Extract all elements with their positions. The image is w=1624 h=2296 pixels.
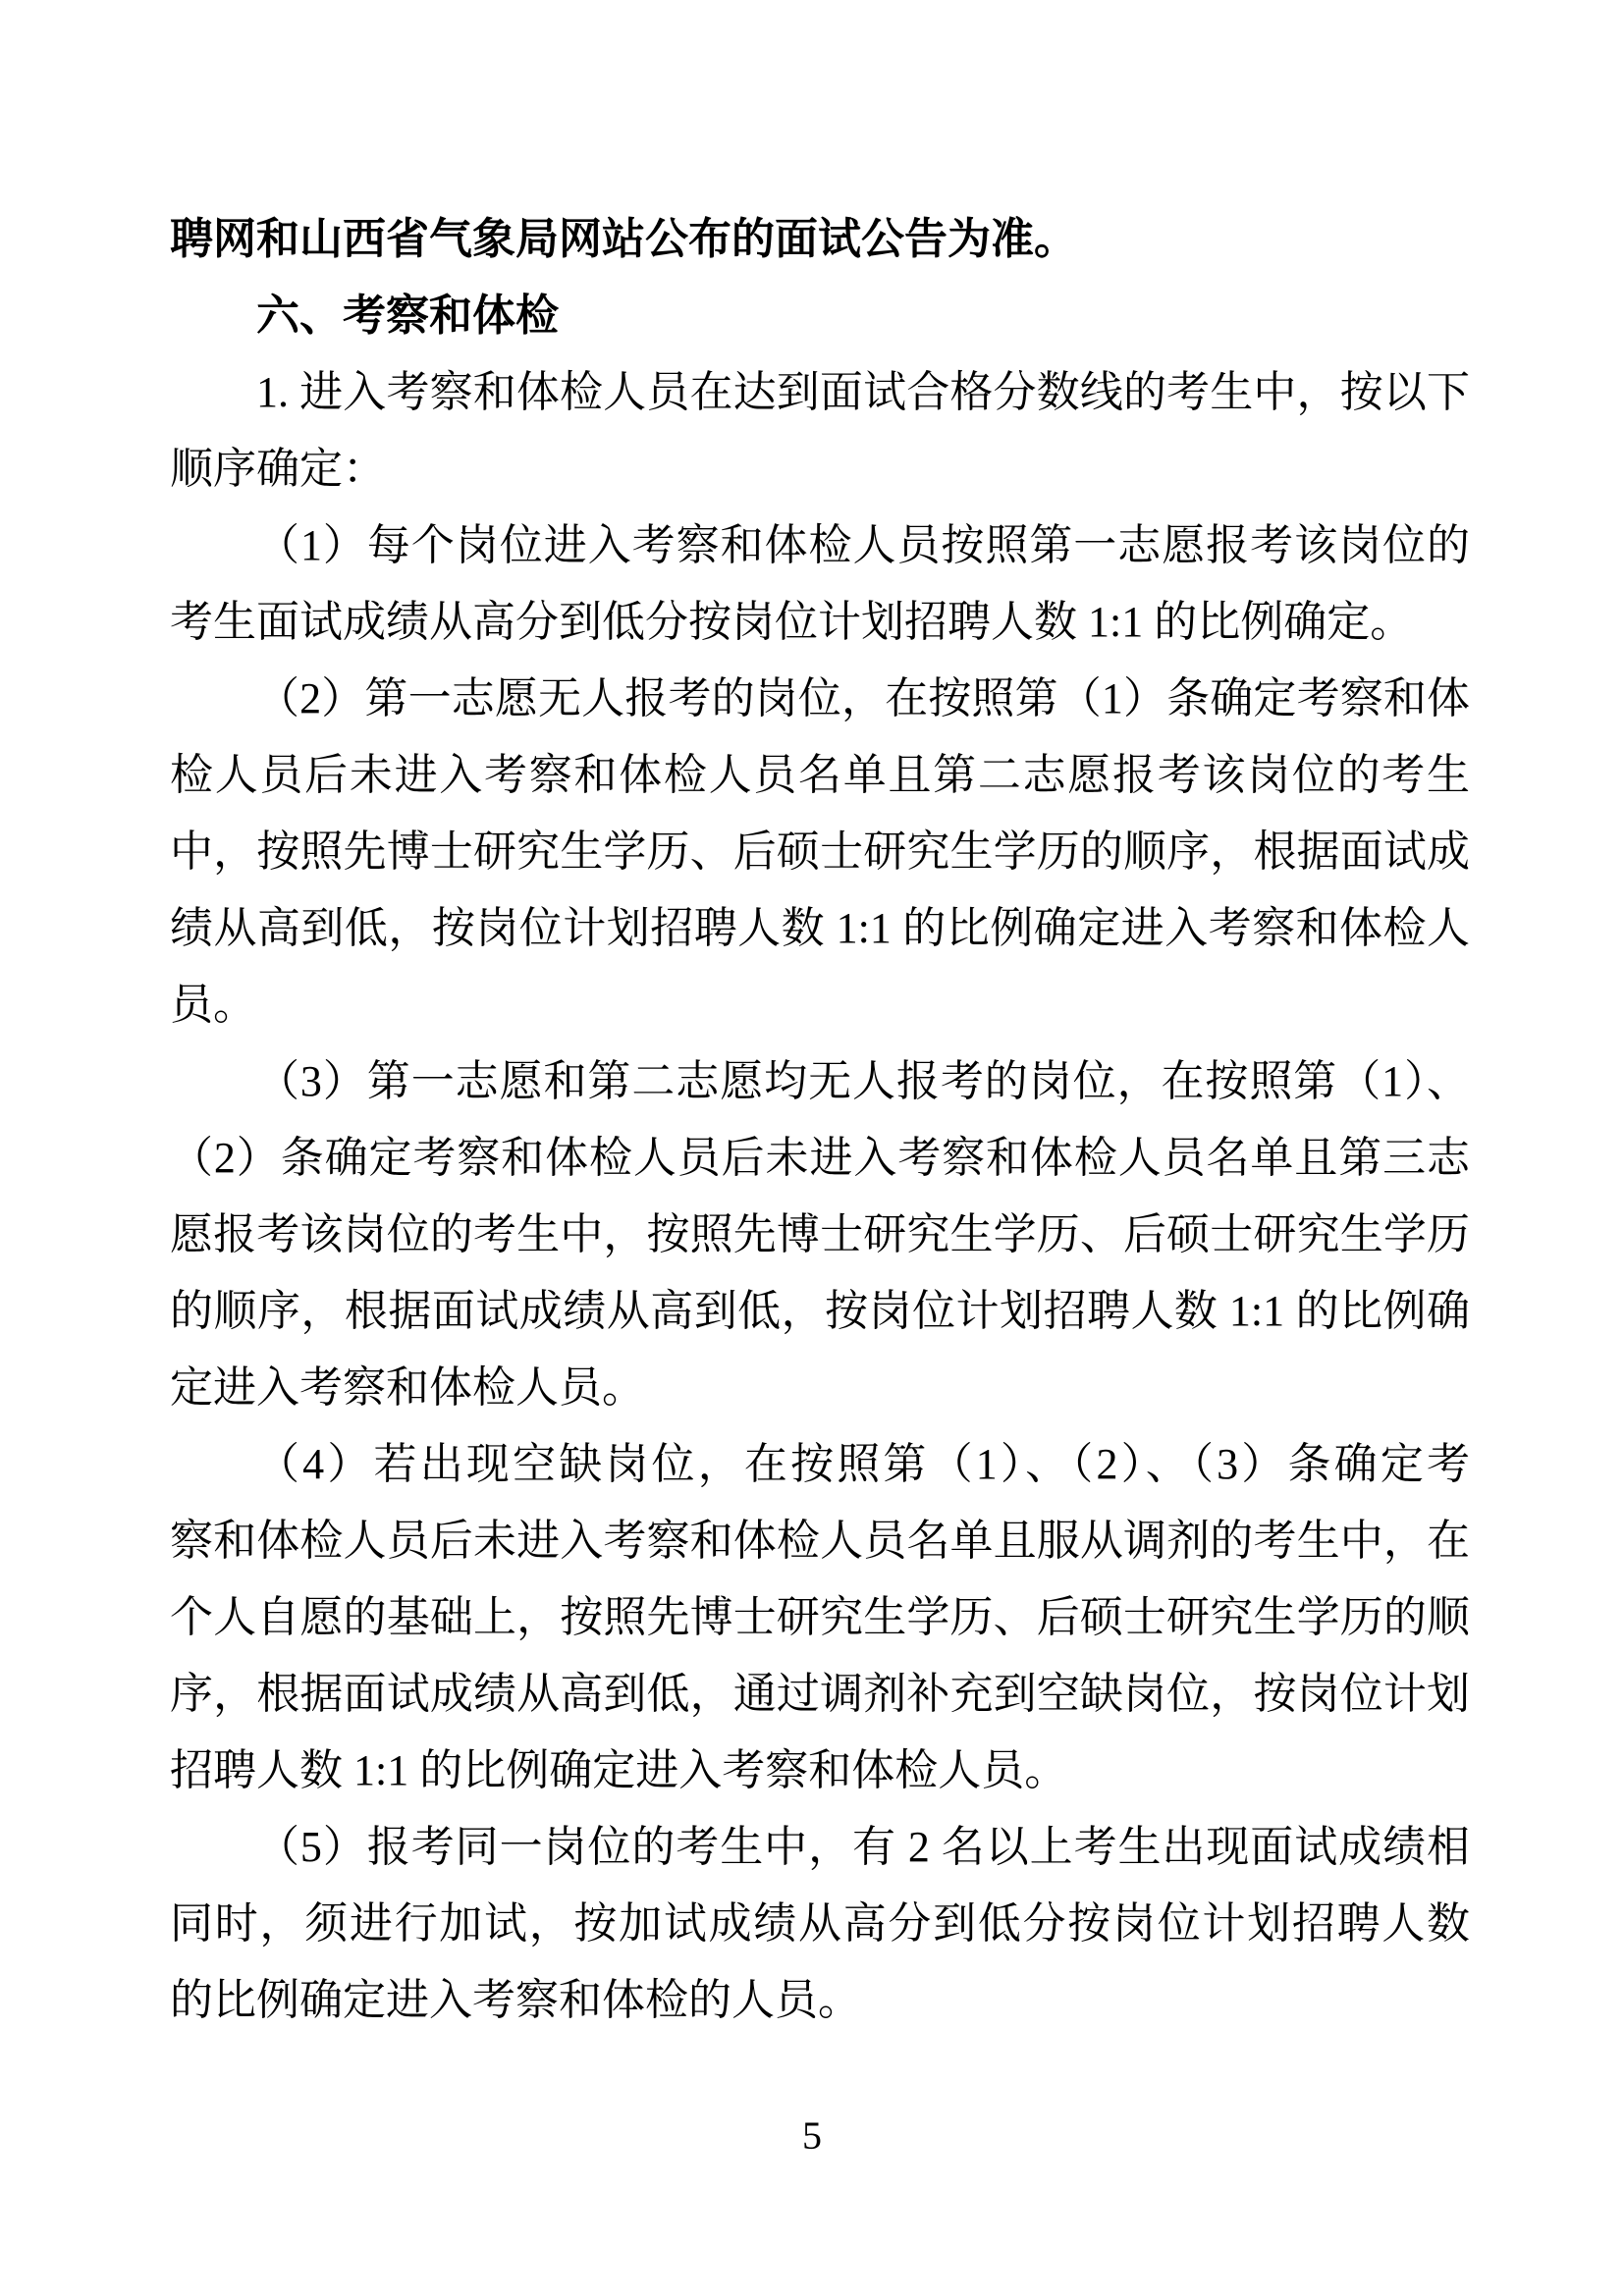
text-line: 绩从高到低，按岗位计划招聘人数 1:1 的比例确定进入考察和体检人: [170, 890, 1470, 967]
page-number: 5: [0, 2109, 1624, 2163]
document-body: 聘网和山西省气象局网站公布的面试公告为准。六、考察和体检1. 进入考察和体检人员…: [170, 201, 1470, 2039]
text-line: 定进入考察和体检人员。: [170, 1350, 1470, 1426]
text-line: 聘网和山西省气象局网站公布的面试公告为准。: [170, 201, 1470, 278]
text-line: 察和体检人员后未进入考察和体检人员名单且服从调剂的考生中，在: [170, 1503, 1470, 1579]
text-line: 顺序确定：: [170, 431, 1470, 507]
text-line: 考生面试成绩从高分到低分按岗位计划招聘人数 1:1 的比例确定。: [170, 584, 1470, 661]
text-line: 中，按照先博士研究生学历、后硕士研究生学历的顺序，根据面试成: [170, 814, 1470, 890]
text-line: 个人自愿的基础上，按照先博士研究生学历、后硕士研究生学历的顺: [170, 1579, 1470, 1656]
text-line: （1）每个岗位进入考察和体检人员按照第一志愿报考该岗位的: [170, 507, 1470, 584]
text-line: 1. 进入考察和体检人员在达到面试合格分数线的考生中，按以下: [170, 354, 1470, 431]
text-line: 序，根据面试成绩从高到低，通过调剂补充到空缺岗位，按岗位计划: [170, 1656, 1470, 1733]
text-line: 愿报考该岗位的考生中，按照先博士研究生学历、后硕士研究生学历: [170, 1197, 1470, 1273]
text-line: （2）第一志愿无人报考的岗位，在按照第（1）条确定考察和体: [170, 661, 1470, 737]
text-line: （3）第一志愿和第二志愿均无人报考的岗位，在按照第（1）、: [170, 1043, 1470, 1120]
text-line: 同时，须进行加试，按加试成绩从高分到低分按岗位计划招聘人数 1:1: [170, 1886, 1470, 1962]
text-line: （4）若出现空缺岗位，在按照第（1）、（2）、（3）条确定考: [170, 1426, 1470, 1503]
text-line: 检人员后未进入考察和体检人员名单且第二志愿报考该岗位的考生: [170, 737, 1470, 814]
text-line: （5）报考同一岗位的考生中，有 2 名以上考生出现面试成绩相: [170, 1809, 1470, 1886]
text-line: （2）条确定考察和体检人员后未进入考察和体检人员名单且第三志: [170, 1120, 1470, 1197]
text-line: 六、考察和体检: [170, 278, 1470, 354]
text-line: 的比例确定进入考察和体检的人员。: [170, 1962, 1470, 2039]
text-line: 员。: [170, 967, 1470, 1043]
text-line: 招聘人数 1:1 的比例确定进入考察和体检人员。: [170, 1733, 1470, 1809]
text-line: 的顺序，根据面试成绩从高到低，按岗位计划招聘人数 1:1 的比例确: [170, 1273, 1470, 1350]
document-page: 聘网和山西省气象局网站公布的面试公告为准。六、考察和体检1. 进入考察和体检人员…: [0, 0, 1624, 2296]
